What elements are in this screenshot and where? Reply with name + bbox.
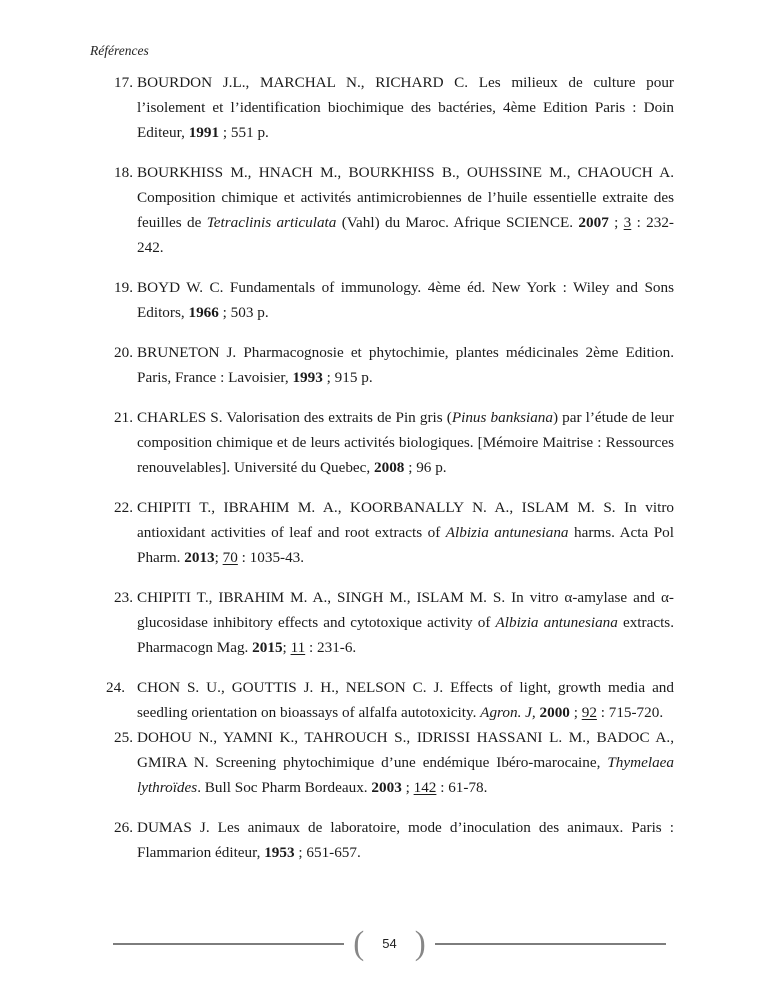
- reference-item: 25. DOHOU N., YAMNI K., TAHROUCH S., IDR…: [114, 725, 674, 800]
- left-bracket-ornament: (: [344, 926, 373, 963]
- reference-text: BRUNETON J. Pharmacognosie et phytochimi…: [137, 340, 674, 390]
- reference-number: 18.: [114, 160, 137, 260]
- reference-item: 23. CHIPITI T., IBRAHIM M. A., SINGH M.,…: [114, 585, 674, 660]
- reference-number: 19.: [114, 275, 137, 325]
- reference-list: 17. BOURDON J.L., MARCHAL N., RICHARD C.…: [114, 70, 674, 880]
- page-number: 54: [373, 936, 405, 953]
- reference-text: CHON S. U., GOUTTIS J. H., NELSON C. J. …: [137, 675, 674, 725]
- reference-text: CHARLES S. Valorisation des extraits de …: [137, 405, 674, 480]
- reference-number: 20.: [114, 340, 137, 390]
- reference-number: 21.: [114, 405, 137, 480]
- reference-item: 17. BOURDON J.L., MARCHAL N., RICHARD C.…: [114, 70, 674, 145]
- page-footer: ( 54 ): [113, 926, 666, 962]
- footer-rule-left: [113, 943, 344, 945]
- reference-number: 24.: [106, 675, 129, 725]
- reference-item: 21. CHARLES S. Valorisation des extraits…: [114, 405, 674, 480]
- reference-text: BOURKHISS M., HNACH M., BOURKHISS B., OU…: [137, 160, 674, 260]
- reference-item: 22. CHIPITI T., IBRAHIM M. A., KOORBANAL…: [114, 495, 674, 570]
- reference-text: DUMAS J. Les animaux de laboratoire, mod…: [137, 815, 674, 865]
- reference-item: 24. CHON S. U., GOUTTIS J. H., NELSON C.…: [114, 675, 674, 725]
- reference-number: 17.: [114, 70, 137, 145]
- reference-item: 19. BOYD W. C. Fundamentals of immunolog…: [114, 275, 674, 325]
- reference-text: CHIPITI T., IBRAHIM M. A., SINGH M., ISL…: [137, 585, 674, 660]
- reference-item: 18. BOURKHISS M., HNACH M., BOURKHISS B.…: [114, 160, 674, 260]
- reference-item: 26. DUMAS J. Les animaux de laboratoire,…: [114, 815, 674, 865]
- reference-text: BOYD W. C. Fundamentals of immunology. 4…: [137, 275, 674, 325]
- right-bracket-ornament: ): [406, 926, 435, 963]
- reference-text: CHIPITI T., IBRAHIM M. A., KOORBANALLY N…: [137, 495, 674, 570]
- reference-number: 25.: [114, 725, 137, 800]
- reference-text: BOURDON J.L., MARCHAL N., RICHARD C. Les…: [137, 70, 674, 145]
- reference-number: 23.: [114, 585, 137, 660]
- reference-number: 26.: [114, 815, 137, 865]
- reference-item: 20. BRUNETON J. Pharmacognosie et phytoc…: [114, 340, 674, 390]
- running-header: Références: [90, 43, 149, 58]
- reference-number: 22.: [114, 495, 137, 570]
- reference-text: DOHOU N., YAMNI K., TAHROUCH S., IDRISSI…: [137, 725, 674, 800]
- footer-rule-right: [435, 943, 666, 945]
- document-page: Références 17. BOURDON J.L., MARCHAL N.,…: [0, 0, 765, 990]
